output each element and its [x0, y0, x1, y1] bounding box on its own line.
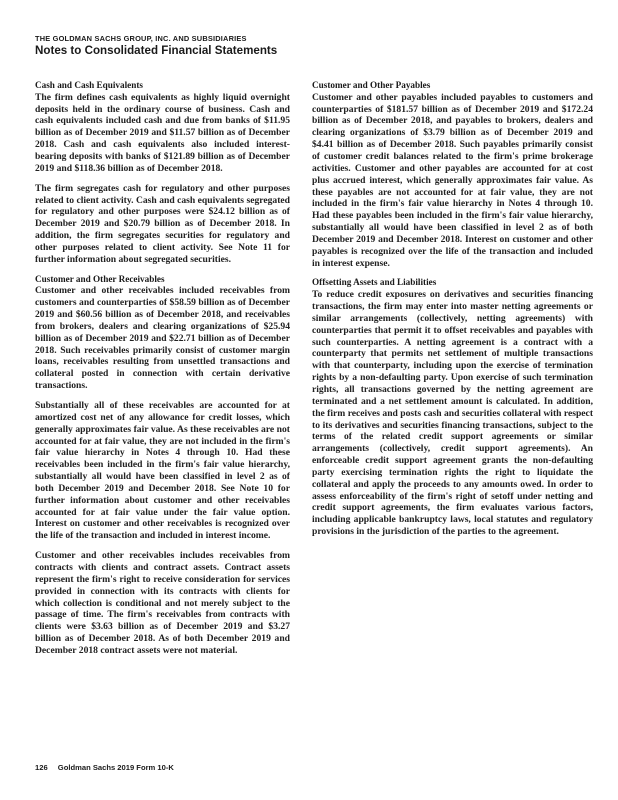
right-column: Customer and Other Payables Customer and…: [312, 80, 593, 546]
publication-name: Goldman Sachs 2019 Form 10-K: [58, 763, 174, 772]
left-column: Cash and Cash Equivalents The firm defin…: [35, 80, 290, 665]
paragraph: The firm defines cash equivalents as hig…: [35, 92, 290, 175]
paragraph: Customer and other payables included pay…: [312, 92, 593, 270]
page-number: 126: [35, 763, 48, 772]
page-title: Notes to Consolidated Financial Statemen…: [35, 44, 595, 57]
paragraph: Customer and other receivables includes …: [35, 550, 290, 657]
section-heading: Cash and Cash Equivalents: [35, 80, 290, 92]
paragraph: Substantially all of these receivables a…: [35, 400, 290, 542]
paragraph: The firm segregates cash for regulatory …: [35, 183, 290, 266]
section-customer-and-other-receivables: Customer and Other Receivables Customer …: [35, 274, 290, 657]
paragraph: To reduce credit exposures on derivative…: [312, 289, 593, 538]
section-cash-and-cash-equivalents: Cash and Cash Equivalents The firm defin…: [35, 80, 290, 266]
page-footer: 126 Goldman Sachs 2019 Form 10-K: [35, 763, 174, 772]
section-heading: Customer and Other Receivables: [35, 274, 290, 286]
section-offsetting-assets-and-liabilities: Offsetting Assets and Liabilities To red…: [312, 277, 593, 538]
company-name: The Goldman Sachs Group, Inc. and Subsid…: [35, 34, 595, 43]
section-customer-and-other-payables: Customer and Other Payables Customer and…: [312, 80, 593, 269]
paragraph: Customer and other receivables included …: [35, 285, 290, 392]
page-header: The Goldman Sachs Group, Inc. and Subsid…: [35, 34, 595, 57]
section-heading: Offsetting Assets and Liabilities: [312, 277, 593, 289]
section-heading: Customer and Other Payables: [312, 80, 593, 92]
